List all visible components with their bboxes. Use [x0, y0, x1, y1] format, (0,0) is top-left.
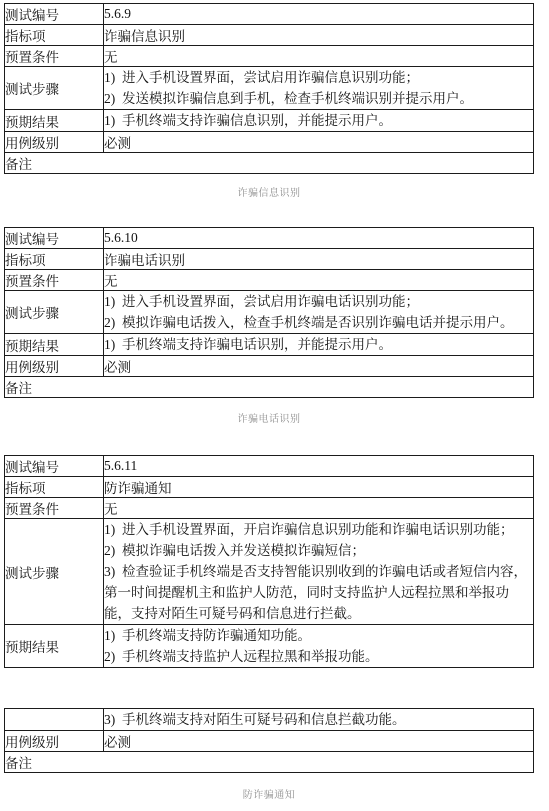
cell-value-test-id: 5.6.9: [104, 4, 534, 25]
table-row: 备注: [5, 153, 534, 174]
table-row: 备注: [5, 752, 534, 773]
table-row: 测试编号 5.6.10: [5, 228, 534, 249]
cell-label-test-id: 测试编号: [5, 456, 104, 477]
cell-value-level: 必测: [104, 356, 534, 377]
cell-label-remark: 备注: [5, 752, 534, 773]
table-row: 指标项 诈骗电话识别: [5, 249, 534, 270]
expected-line: 1) 手机终端支持诈骗信息识别，并能提示用户。: [104, 110, 533, 131]
cell-label-indicator: 指标项: [5, 249, 104, 270]
table-row: 预置条件 无: [5, 270, 534, 291]
table-row: 测试步骤 1) 进入手机设置界面，尝试启用诈骗电话识别功能； 2) 模拟诈骗电话…: [5, 291, 534, 334]
test-case-table-5-6-10: 测试编号 5.6.10 指标项 诈骗电话识别 预置条件 无 测试步骤 1) 进入…: [4, 227, 534, 398]
step-line: 2) 发送模拟诈骗信息到手机，检查手机终端识别并提示用户。: [104, 88, 533, 109]
cell-label-test-id: 测试编号: [5, 228, 104, 249]
cell-label-level: 用例级别: [5, 356, 104, 377]
cell-label-indicator: 指标项: [5, 477, 104, 498]
cell-label-expected-continued: [5, 709, 104, 731]
table-row: 预期结果 1) 手机终端支持诈骗电话识别，并能提示用户。: [5, 334, 534, 356]
table-row: 预期结果 1) 手机终端支持防诈骗通知功能。 2) 手机终端支持监护人远程拉黑和…: [5, 625, 534, 668]
step-line: 1) 进入手机设置界面，开启诈骗信息识别功能和诈骗电话识别功能；: [104, 519, 533, 540]
cell-value-expected: 1) 手机终端支持防诈骗通知功能。 2) 手机终端支持监护人远程拉黑和举报功能。: [104, 625, 534, 668]
cell-label-expected: 预期结果: [5, 110, 104, 132]
cell-value-expected-continued: 3) 手机终端支持对陌生可疑号码和信息拦截功能。: [104, 709, 534, 731]
table-row: 预置条件 无: [5, 46, 534, 67]
table-caption: 防诈骗通知: [4, 789, 534, 802]
table-row: 备注: [5, 377, 534, 398]
cell-value-precondition: 无: [104, 270, 534, 291]
cell-value-expected: 1) 手机终端支持诈骗电话识别，并能提示用户。: [104, 334, 534, 356]
cell-value-precondition: 无: [104, 498, 534, 519]
cell-label-level: 用例级别: [5, 132, 104, 153]
step-line: 1) 进入手机设置界面，尝试启用诈骗信息识别功能；: [104, 67, 533, 88]
table-row: 预期结果 1) 手机终端支持诈骗信息识别，并能提示用户。: [5, 110, 534, 132]
test-case-table-5-6-9: 测试编号 5.6.9 指标项 诈骗信息识别 预置条件 无 测试步骤 1) 进入手…: [4, 3, 534, 174]
test-case-table-5-6-11: 测试编号 5.6.11 指标项 防诈骗通知 预置条件 无 测试步骤 1) 进入手…: [4, 455, 534, 668]
cell-value-indicator: 诈骗电话识别: [104, 249, 534, 270]
table-row: 3) 手机终端支持对陌生可疑号码和信息拦截功能。: [5, 709, 534, 731]
table-caption: 诈骗信息识别: [4, 187, 534, 200]
expected-line: 1) 手机终端支持诈骗电话识别，并能提示用户。: [104, 334, 533, 355]
cell-value-indicator: 防诈骗通知: [104, 477, 534, 498]
cell-label-indicator: 指标项: [5, 25, 104, 46]
expected-line: 1) 手机终端支持防诈骗通知功能。: [104, 625, 533, 646]
cell-label-expected: 预期结果: [5, 334, 104, 356]
step-line: 3) 检查验证手机终端是否支持智能识别收到的诈骗电话或者短信内容，第一时间提醒机…: [104, 561, 533, 624]
step-line: 1) 进入手机设置界面，尝试启用诈骗电话识别功能；: [104, 291, 533, 312]
cell-value-steps: 1) 进入手机设置界面，尝试启用诈骗电话识别功能； 2) 模拟诈骗电话拨入，检查…: [104, 291, 534, 334]
cell-value-test-id: 5.6.11: [104, 456, 534, 477]
cell-label-test-id: 测试编号: [5, 4, 104, 25]
cell-value-expected: 1) 手机终端支持诈骗信息识别，并能提示用户。: [104, 110, 534, 132]
table-row: 用例级别 必测: [5, 731, 534, 752]
cell-value-steps: 1) 进入手机设置界面，开启诈骗信息识别功能和诈骗电话识别功能； 2) 模拟诈骗…: [104, 519, 534, 625]
table-row: 用例级别 必测: [5, 132, 534, 153]
cell-value-indicator: 诈骗信息识别: [104, 25, 534, 46]
step-line: 2) 模拟诈骗电话拨入，检查手机终端是否识别诈骗电话并提示用户。: [104, 312, 533, 333]
cell-label-precondition: 预置条件: [5, 46, 104, 67]
cell-value-test-id: 5.6.10: [104, 228, 534, 249]
table-row: 指标项 防诈骗通知: [5, 477, 534, 498]
cell-label-remark: 备注: [5, 153, 534, 174]
cell-label-level: 用例级别: [5, 731, 104, 752]
table-row: 预置条件 无: [5, 498, 534, 519]
table-caption: 诈骗电话识别: [4, 413, 534, 426]
table-row: 测试步骤 1) 进入手机设置界面，开启诈骗信息识别功能和诈骗电话识别功能； 2)…: [5, 519, 534, 625]
table-row: 测试步骤 1) 进入手机设置界面，尝试启用诈骗信息识别功能； 2) 发送模拟诈骗…: [5, 67, 534, 110]
table-row: 指标项 诈骗信息识别: [5, 25, 534, 46]
cell-label-precondition: 预置条件: [5, 498, 104, 519]
cell-value-steps: 1) 进入手机设置界面，尝试启用诈骗信息识别功能； 2) 发送模拟诈骗信息到手机…: [104, 67, 534, 110]
cell-label-expected: 预期结果: [5, 625, 104, 668]
cell-label-steps: 测试步骤: [5, 519, 104, 625]
cell-value-level: 必测: [104, 731, 534, 752]
cell-label-remark: 备注: [5, 377, 534, 398]
expected-line: 3) 手机终端支持对陌生可疑号码和信息拦截功能。: [104, 709, 533, 730]
cell-label-precondition: 预置条件: [5, 270, 104, 291]
expected-line: 2) 手机终端支持监护人远程拉黑和举报功能。: [104, 646, 533, 667]
cell-label-steps: 测试步骤: [5, 291, 104, 334]
table-row: 测试编号 5.6.9: [5, 4, 534, 25]
cell-value-level: 必测: [104, 132, 534, 153]
cell-value-precondition: 无: [104, 46, 534, 67]
test-case-table-5-6-11-continued: 3) 手机终端支持对陌生可疑号码和信息拦截功能。 用例级别 必测 备注: [4, 708, 534, 773]
table-row: 测试编号 5.6.11: [5, 456, 534, 477]
table-row: 用例级别 必测: [5, 356, 534, 377]
step-line: 2) 模拟诈骗电话拨入并发送模拟诈骗短信；: [104, 540, 533, 561]
cell-label-steps: 测试步骤: [5, 67, 104, 110]
document-page: 测试编号 5.6.9 指标项 诈骗信息识别 预置条件 无 测试步骤 1) 进入手…: [0, 0, 549, 811]
